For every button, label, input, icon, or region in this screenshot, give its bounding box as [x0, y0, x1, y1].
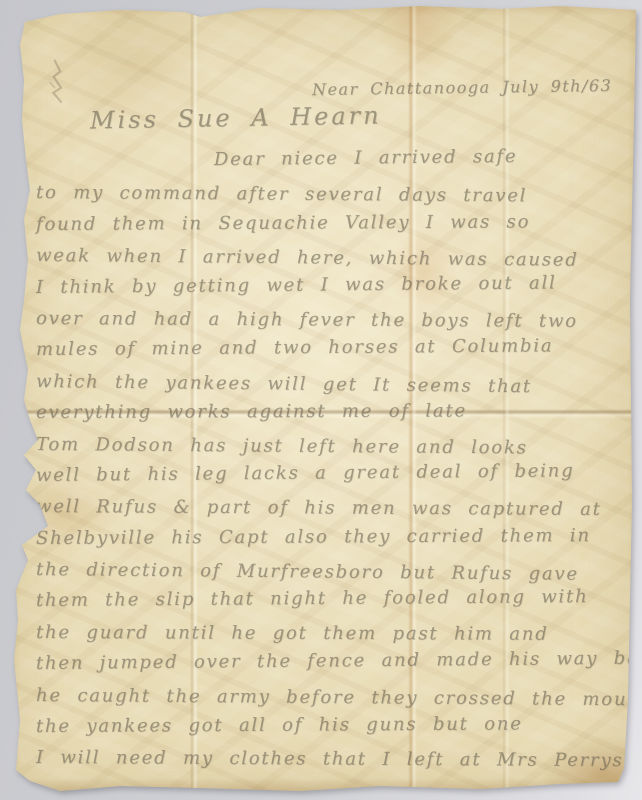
letter-line: then jumped over the fence and made his … [36, 648, 626, 685]
letter-line: the yankees got all of his guns but one [36, 713, 626, 747]
letter-line: everything works against me of late [36, 400, 626, 433]
handwriting-layer: Near Chattanooga July 9th/63 Miss Sue A … [0, 0, 642, 800]
letter-line: found them in Sequachie Valley I was so [36, 211, 626, 245]
letter-line: I think by getting wet I was broke out a… [36, 271, 626, 308]
letter-line: I will need my clothes that I left at Mr… [36, 747, 626, 781]
dateline: Near Chattanooga July 9th/63 [312, 76, 613, 99]
aged-paper-sheet: Near Chattanooga July 9th/63 Miss Sue A … [0, 0, 642, 800]
letter-paper: Near Chattanooga July 9th/63 Miss Sue A … [0, 0, 642, 800]
letter-line: Dear niece I arrived safe [36, 145, 626, 183]
letter-line: them the slip that night he fooled along… [36, 586, 626, 622]
letter-line: well but his leg lacks a great deal of b… [36, 460, 626, 497]
letter-line: mules of mine and two horses at Columbia [36, 335, 626, 371]
addressee-line: Miss Sue A Hearn [90, 101, 382, 134]
scanned-letter-photo: Near Chattanooga July 9th/63 Miss Sue A … [0, 0, 642, 800]
letter-body: Dear niece I arrived safeto my command a… [36, 151, 626, 779]
letter-line: Shelbyville his Capt also they carried t… [36, 525, 626, 559]
